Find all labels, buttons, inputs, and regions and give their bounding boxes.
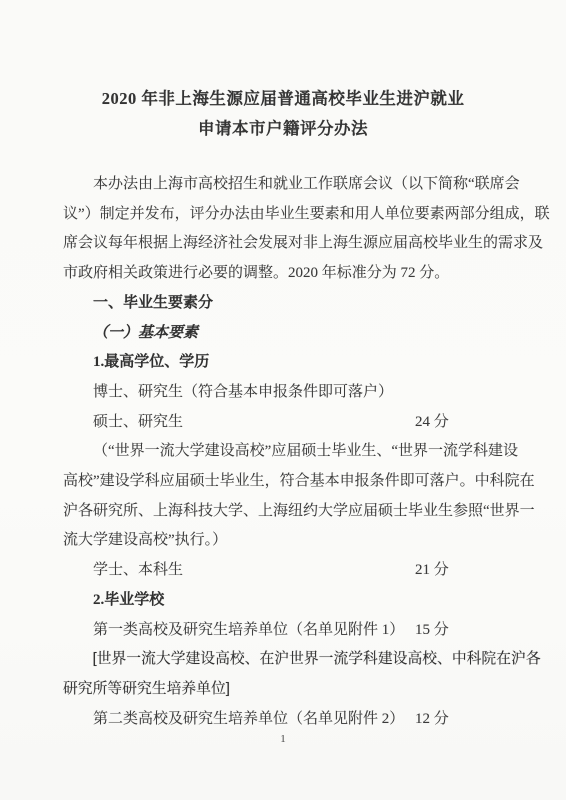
- score-value: 12 分: [415, 705, 449, 735]
- score-line-tier1-school: 第一类高校及研究生培养单位（名单见附件 1） 15 分: [63, 616, 533, 646]
- document-body: 本办法由上海市高校招生和就业工作联席会议（以下简称“联席会 议”）制定并发布，评…: [63, 170, 533, 734]
- score-label: 第一类高校及研究生培养单位（名单见附件 1）: [93, 622, 404, 638]
- title-line-2: 申请本市户籍评分办法: [0, 114, 566, 144]
- note-line: 沪各研究所、上海科技大学、上海纽约大学应届硕士毕业生参照“世界一: [63, 497, 533, 527]
- bracket-note-line: 研究所等研究生培养单位]: [63, 675, 533, 705]
- subsection-heading-basic-factors: （一）基本要素: [63, 319, 533, 349]
- page-number: 1: [0, 733, 566, 745]
- section-heading-graduate-factors: 一、毕业生要素分: [63, 289, 533, 319]
- score-line-bachelor: 学士、本科生 21 分: [63, 556, 533, 586]
- title-line-1: 2020 年非上海生源应届普通高校毕业生进沪就业: [0, 84, 566, 114]
- score-line-master: 硕士、研究生 24 分: [63, 408, 533, 438]
- score-label: 硕士、研究生: [93, 414, 183, 430]
- score-line-tier2-school: 第二类高校及研究生培养单位（名单见附件 2） 12 分: [63, 705, 533, 735]
- document-page: 2020 年非上海生源应届普通高校毕业生进沪就业 申请本市户籍评分办法 本办法由…: [0, 0, 566, 800]
- paragraph-line: 议”）制定并发布，评分办法由毕业生要素和用人单位要素两部分组成，联: [63, 200, 533, 230]
- score-value: 15 分: [415, 616, 449, 646]
- item-heading-degree: 1.最高学位、学历: [63, 348, 533, 378]
- note-line: 高校”建设学科应届硕士毕业生，符合基本申报条件即可落户。中科院在: [63, 467, 533, 497]
- score-value: 24 分: [415, 408, 449, 438]
- paragraph-line: 本办法由上海市高校招生和就业工作联席会议（以下简称“联席会: [63, 170, 533, 200]
- note-line: 流大学建设高校”执行。）: [63, 526, 533, 556]
- paragraph-line: 市政府相关政策进行必要的调整。2020 年标准分为 72 分。: [63, 259, 533, 289]
- rule-line-doctor: 博士、研究生（符合基本申报条件即可落户）: [63, 378, 533, 408]
- item-heading-school: 2.毕业学校: [63, 586, 533, 616]
- bracket-note-line: [世界一流大学建设高校、在沪世界一流学科建设高校、中科院在沪各: [63, 645, 533, 675]
- paragraph-line: 席会议每年根据上海经济社会发展对非上海生源应届高校毕业生的需求及: [63, 229, 533, 259]
- score-label: 第二类高校及研究生培养单位（名单见附件 2）: [93, 711, 404, 727]
- score-value: 21 分: [415, 556, 449, 586]
- score-label: 学士、本科生: [93, 562, 183, 578]
- note-line: （“世界一流大学建设高校”应届硕士毕业生、“世界一流学科建设: [63, 437, 533, 467]
- document-title: 2020 年非上海生源应届普通高校毕业生进沪就业 申请本市户籍评分办法: [0, 84, 566, 144]
